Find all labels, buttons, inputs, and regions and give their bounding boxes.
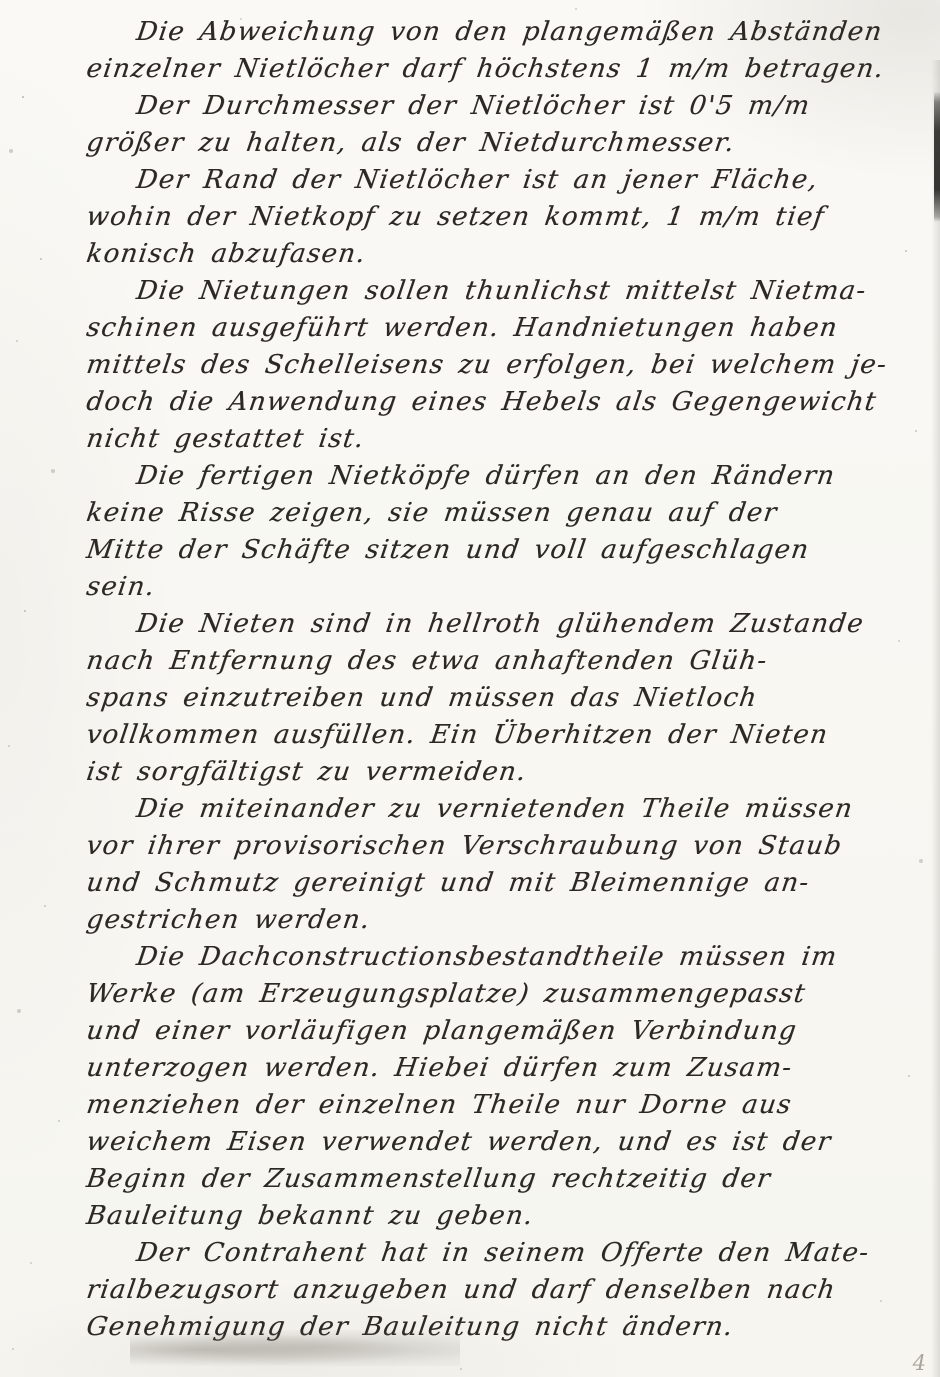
page-number: 4 [913, 1351, 926, 1375]
handwritten-line: Die Abweichung von den plangemäßen Abstä… [84, 14, 915, 51]
handwritten-line: sein. [84, 569, 915, 606]
handwritten-line: Der Contrahent hat in seinem Offerte den… [84, 1235, 915, 1272]
handwritten-line: unterzogen werden. Hiebei dürfen zum Zus… [84, 1050, 915, 1087]
manuscript-page: Die Abweichung von den plangemäßen Abstä… [0, 0, 940, 1377]
handwritten-line: Die miteinander zu vernietenden Theile m… [84, 791, 915, 828]
scan-smudge [130, 1330, 460, 1366]
handwritten-line: Die Nieten sind in hellroth glühendem Zu… [84, 606, 915, 643]
handwritten-line: Die fertigen Nietköpfe dürfen an den Rän… [84, 458, 915, 495]
paragraph: Die fertigen Nietköpfe dürfen an den Rän… [84, 458, 910, 606]
handwritten-line: Bauleitung bekannt zu geben. [84, 1198, 915, 1235]
handwritten-line: vor ihrer provisorischen Verschraubung v… [84, 828, 915, 865]
handwritten-line: Die Nietungen sollen thunlichst mittelst… [84, 273, 915, 310]
handwritten-line: Der Rand der Nietlöcher ist an jener Flä… [84, 162, 915, 199]
handwritten-line: konisch abzufasen. [84, 236, 915, 273]
handwritten-line: schinen ausgeführt werden. Handnietungen… [84, 310, 915, 347]
handwritten-line: Werke (am Erzeugungsplatze) zusammengepa… [84, 976, 915, 1013]
scan-edge-shading [930, 60, 940, 1377]
paragraph: Die Nieten sind in hellroth glühendem Zu… [84, 606, 910, 791]
paragraph: Die miteinander zu vernietenden Theile m… [84, 791, 910, 939]
handwritten-line: weichem Eisen verwendet werden, und es i… [84, 1124, 915, 1161]
handwritten-line: ist sorgfältigst zu vermeiden. [84, 754, 915, 791]
paragraph: Die Abweichung von den plangemäßen Abstä… [84, 14, 910, 88]
paragraph: Der Rand der Nietlöcher ist an jener Flä… [84, 162, 910, 273]
paragraph: Die Dachconstructionsbestandtheile müsse… [84, 939, 910, 1235]
handwritten-line: größer zu halten, als der Nietdurchmesse… [84, 125, 915, 162]
handwritten-line: mittels des Schelleisens zu erfolgen, be… [84, 347, 915, 384]
paragraph: Die Nietungen sollen thunlichst mittelst… [84, 273, 910, 458]
handwritten-line: wohin der Nietkopf zu setzen kommt, 1 m/… [84, 199, 915, 236]
handwritten-line: Beginn der Zusammenstellung rechtzeitig … [84, 1161, 915, 1198]
handwritten-line: keine Risse zeigen, sie müssen genau auf… [84, 495, 915, 532]
handwritten-line: einzelner Nietlöcher darf höchstens 1 m/… [84, 51, 915, 88]
handwritten-line: und einer vorläufigen plangemäßen Verbin… [84, 1013, 915, 1050]
handwritten-line: nicht gestattet ist. [84, 421, 915, 458]
handwritten-text: Die Abweichung von den plangemäßen Abstä… [84, 14, 910, 1346]
handwritten-line: Der Durchmesser der Nietlöcher ist 0'5 m… [84, 88, 915, 125]
handwritten-line: menziehen der einzelnen Theile nur Dorne… [84, 1087, 915, 1124]
handwritten-line: nach Entfernung des etwa anhaftenden Glü… [84, 643, 915, 680]
handwritten-line: rialbezugsort anzugeben und darf denselb… [84, 1272, 915, 1309]
handwritten-line: gestrichen werden. [84, 902, 915, 939]
paragraph: Der Durchmesser der Nietlöcher ist 0'5 m… [84, 88, 910, 162]
handwritten-line: Die Dachconstructionsbestandtheile müsse… [84, 939, 915, 976]
handwritten-line: spans einzutreiben und müssen das Nietlo… [84, 680, 915, 717]
handwritten-line: doch die Anwendung eines Hebels als Gege… [84, 384, 915, 421]
paper-specks [0, 0, 2, 2]
handwritten-line: Mitte der Schäfte sitzen und voll aufges… [84, 532, 915, 569]
scan-edge-line [934, 92, 940, 222]
handwritten-line: und Schmutz gereinigt und mit Bleimennig… [84, 865, 915, 902]
handwritten-line: vollkommen ausfüllen. Ein Überhitzen der… [84, 717, 915, 754]
